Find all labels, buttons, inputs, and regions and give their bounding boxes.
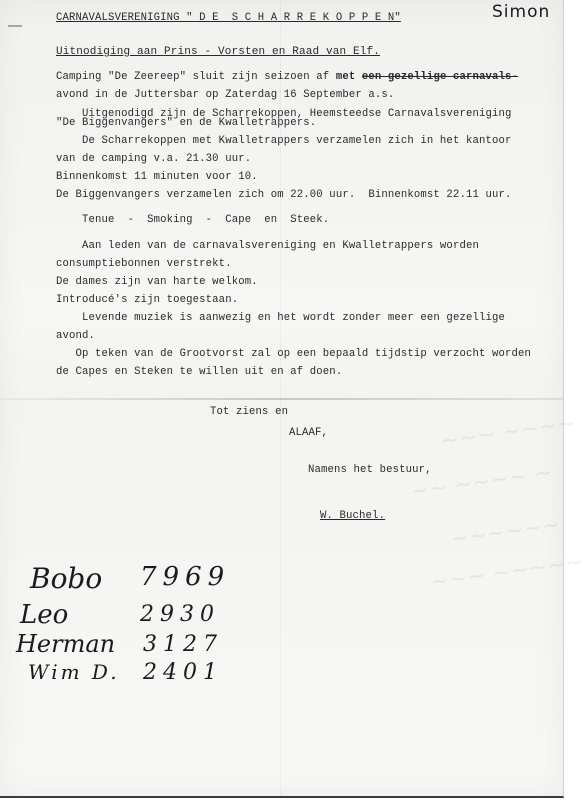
body-line: De Biggenvangers verzamelen zich om 22.0…	[56, 189, 512, 201]
handwritten-list-name: Herman	[16, 630, 115, 658]
body-text: met	[336, 71, 362, 83]
closing-greeting: Tot ziens en	[210, 406, 288, 418]
body-line: De Scharrekoppen met Kwalletrappers verz…	[56, 135, 512, 147]
body-line: Camping "De Zeereep" sluit zijn seizoen …	[56, 71, 518, 83]
body-line: avond.	[56, 330, 95, 342]
margin-mark	[8, 25, 22, 27]
handwritten-list-name: Bobo	[30, 562, 102, 595]
body-line: de Capes en Steken te willen uit en af d…	[56, 366, 342, 378]
handwritten-list-name: Leo	[20, 600, 68, 630]
body-text: Camping "De Zeereep" sluit zijn seizoen …	[56, 71, 336, 83]
dress-code-line: Tenue - Smoking - Cape en Steek.	[56, 214, 329, 226]
body-line: Op teken van de Grootvorst zal op een be…	[56, 348, 531, 360]
body-line: Introducé's zijn toegestaan.	[56, 294, 238, 306]
body-line: van de camping v.a. 21.30 uur.	[56, 153, 251, 165]
body-line: Aan leden van de carnavalsvereniging en …	[56, 240, 479, 252]
body-line: De dames zijn van harte welkom.	[56, 276, 258, 288]
signature-name: W. Buchel.	[320, 510, 385, 522]
paper-fold-horizontal	[0, 398, 563, 400]
closing-on-behalf: Namens het bestuur,	[308, 464, 432, 476]
body-line: Levende muziek is aanwezig en het wordt …	[56, 312, 505, 324]
body-line: "De Biggenvangers" en de Kwalletrappers.	[56, 117, 316, 129]
handwritten-list-number: 7969	[140, 562, 230, 592]
closing-alaaf: ALAAF,	[289, 427, 328, 439]
handwritten-list-number: 3127	[143, 632, 223, 657]
organization-header: CARNAVALSVERENIGING " D E S C H A R R E …	[56, 12, 401, 24]
body-line: Binnenkomst 11 minuten voor 10.	[56, 171, 258, 183]
body-line: consumptiebonnen verstrekt.	[56, 258, 232, 270]
struck-text: een gezellige carnavals-	[362, 71, 518, 83]
handwritten-name: Simon	[492, 2, 550, 22]
handwritten-list-number: 2401	[143, 660, 223, 685]
subject-line: Uitnodiging aan Prins - Vorsten en Raad …	[56, 46, 380, 58]
handwritten-list-name: Wim D.	[28, 660, 120, 684]
body-line: avond in de Juttersbar op Zaterdag 16 Se…	[56, 89, 394, 101]
handwritten-list-number: 2930	[140, 602, 220, 627]
